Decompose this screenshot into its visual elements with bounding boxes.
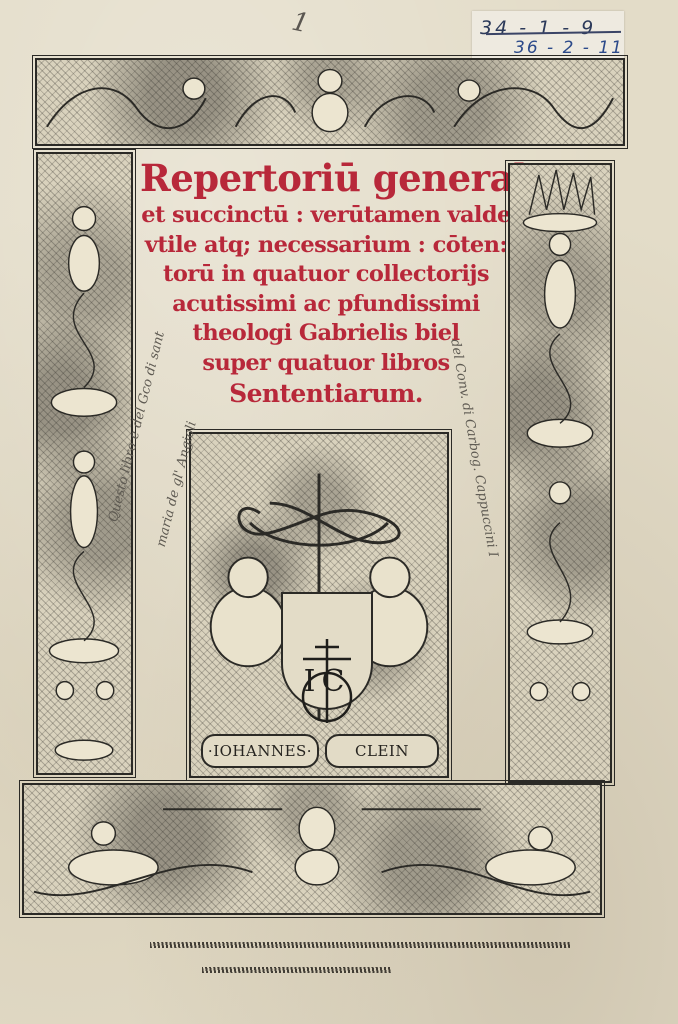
top-woodcut-border xyxy=(35,58,625,146)
new-shelfmark: 36 - 2 - 11 xyxy=(514,38,624,58)
scroll-banner-left: ·IOHANNES· xyxy=(201,734,319,768)
putti-green-man-ornament-icon xyxy=(24,785,600,913)
foliage-cherub-ornament-icon xyxy=(37,60,623,144)
title-line-main: Repertoriū generale xyxy=(140,160,512,197)
printers-mark-woodcut: IC ·IOHANNES· CLEIN xyxy=(189,432,449,778)
putto-fountain-ornament-icon xyxy=(38,154,131,773)
bottom-woodcut-border xyxy=(22,783,602,915)
monogram-text: IC xyxy=(285,664,369,699)
title-line: acutissimi ac pfundissimi xyxy=(140,293,512,316)
shelfmark-label: 34 - 1 - 9 36 - 2 - 11 xyxy=(472,11,624,63)
struck-inscription-line-2: [struck-through] xyxy=(202,962,392,978)
old-shelfmark: 34 - 1 - 9 xyxy=(480,17,596,39)
scroll-banner-right: CLEIN xyxy=(325,734,439,768)
folio-number: 1 xyxy=(289,7,311,40)
struck-inscription-line-1: [struck-through manuscript inscription] xyxy=(150,937,570,953)
title-line: torū in quatuor collectorijs xyxy=(140,263,512,286)
right-woodcut-column xyxy=(508,163,612,783)
title-line: vtile atq; necessarium : cōten: xyxy=(140,234,512,257)
flaming-vase-putto-ornament-icon xyxy=(510,165,610,781)
left-woodcut-column xyxy=(36,152,133,775)
title-line: et succinctū : verūtamen valde xyxy=(140,204,512,227)
